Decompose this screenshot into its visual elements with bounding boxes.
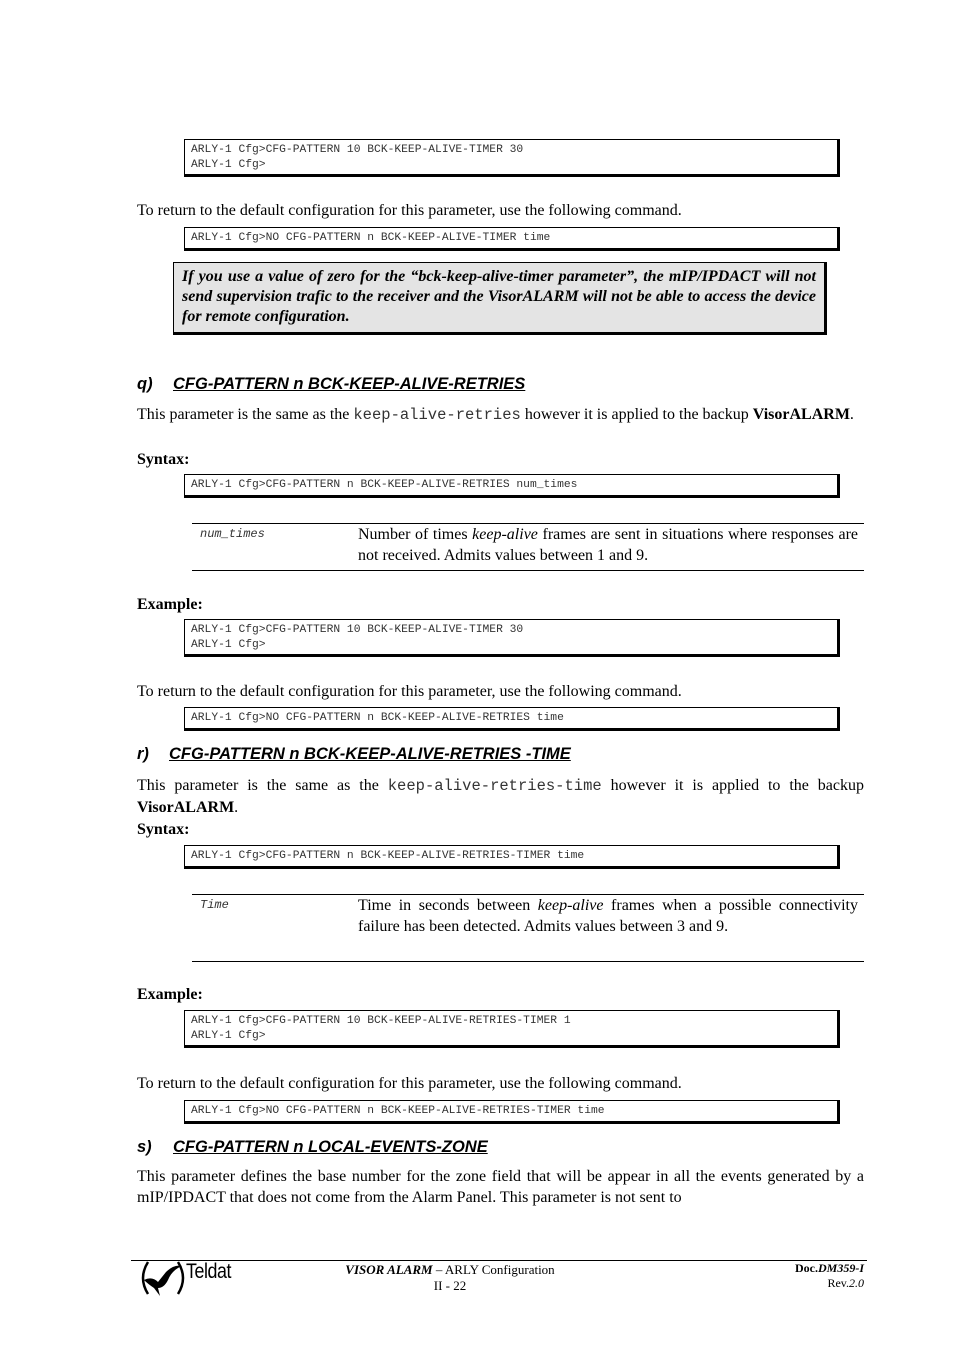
logo-text: Teldat	[186, 1260, 231, 1284]
return-default-text: To return to the default configuration f…	[137, 681, 682, 702]
desc-text: Time in seconds between	[358, 897, 538, 914]
syntax-label: Syntax:	[137, 820, 189, 840]
intro-text: however it is applied to the backup	[602, 777, 864, 794]
section-title: CFG-PATTERN n LOCAL-EVENTS-ZONE	[173, 1138, 488, 1156]
doc-id: DM359-I	[818, 1261, 864, 1275]
footer-divider	[131, 1260, 867, 1261]
section-letter: s)	[137, 1137, 173, 1157]
section-s-intro: This parameter defines the base number f…	[137, 1166, 864, 1208]
code-block-example-timer: ARLY-1 Cfg>CFG-PATTERN 10 BCK-KEEP-ALIVE…	[184, 139, 840, 177]
section-letter: q)	[137, 374, 173, 394]
page-number: II - 22	[300, 1278, 600, 1294]
footer-subtitle: – ARLY Configuration	[433, 1262, 555, 1277]
intro-end: .	[234, 799, 238, 816]
section-r-intro: This parameter is the same as the keep-a…	[137, 775, 864, 818]
doc-prefix: Doc.	[795, 1261, 818, 1275]
bird-logo-icon	[138, 1258, 188, 1298]
code-block-syntax-retries: ARLY-1 Cfg>CFG-PATTERN n BCK-KEEP-ALIVE-…	[184, 474, 840, 498]
footer-product: VISOR ALARM	[345, 1262, 432, 1277]
rev-prefix: Rev.	[827, 1276, 849, 1290]
parameter-table-q: num_times Number of times keep-alive fra…	[192, 523, 864, 571]
rev-number: 2.0	[849, 1276, 864, 1290]
section-title: CFG-PATTERN n BCK-KEEP-ALIVE-RETRIES	[173, 375, 525, 393]
section-q-intro: This parameter is the same as the keep-a…	[137, 404, 864, 426]
code-block-no-retries-timer: ARLY-1 Cfg>NO CFG-PATTERN n BCK-KEEP-ALI…	[184, 1100, 840, 1124]
footer-doc-info: Doc.DM359-I Rev.2.0	[795, 1261, 864, 1291]
param-name: num_times	[200, 527, 265, 541]
section-heading-q: q)CFG-PATTERN n BCK-KEEP-ALIVE-RETRIES	[137, 374, 525, 394]
teldat-logo: Teldat	[138, 1258, 238, 1298]
param-name: Time	[200, 898, 229, 912]
section-letter: r)	[137, 744, 169, 764]
section-title: CFG-PATTERN n BCK-KEEP-ALIVE-RETRIES -TI…	[169, 745, 571, 763]
intro-end: .	[850, 406, 854, 423]
section-heading-r: r)CFG-PATTERN n BCK-KEEP-ALIVE-RETRIES -…	[137, 744, 571, 764]
example-label: Example:	[137, 595, 203, 615]
inline-code: keep-alive-retries-time	[388, 777, 602, 795]
return-default-text: To return to the default configuration f…	[137, 1073, 682, 1094]
example-label: Example:	[137, 985, 203, 1005]
param-description: Time in seconds between keep-alive frame…	[358, 896, 858, 937]
inline-code: keep-alive-retries	[353, 406, 520, 424]
syntax-label: Syntax:	[137, 450, 189, 470]
intro-text: however it is applied to the backup	[521, 406, 753, 423]
desc-em: keep-alive	[538, 897, 604, 914]
footer-title: VISOR ALARM – ARLY Configuration II - 22	[300, 1262, 600, 1294]
desc-text: Number of times	[358, 526, 472, 543]
product-name: VisorALARM	[753, 406, 850, 423]
return-default-text: To return to the default configuration f…	[137, 200, 682, 221]
warning-note: If you use a value of zero for the “bck-…	[173, 262, 827, 335]
desc-em: keep-alive	[472, 526, 538, 543]
intro-text: This parameter is the same as the	[137, 777, 388, 794]
code-block-no-retries: ARLY-1 Cfg>NO CFG-PATTERN n BCK-KEEP-ALI…	[184, 707, 840, 731]
code-block-no-timer: ARLY-1 Cfg>NO CFG-PATTERN n BCK-KEEP-ALI…	[184, 227, 840, 251]
product-name: VisorALARM	[137, 799, 234, 816]
section-heading-s: s)CFG-PATTERN n LOCAL-EVENTS-ZONE	[137, 1137, 488, 1157]
code-block-example-retries: ARLY-1 Cfg>CFG-PATTERN 10 BCK-KEEP-ALIVE…	[184, 619, 840, 657]
parameter-table-r: Time Time in seconds between keep-alive …	[192, 894, 864, 962]
intro-text: This parameter is the same as the	[137, 406, 353, 423]
code-block-example-retries-timer: ARLY-1 Cfg>CFG-PATTERN 10 BCK-KEEP-ALIVE…	[184, 1010, 840, 1048]
code-block-syntax-retries-timer: ARLY-1 Cfg>CFG-PATTERN n BCK-KEEP-ALIVE-…	[184, 845, 840, 869]
param-description: Number of times keep-alive frames are se…	[358, 525, 858, 566]
